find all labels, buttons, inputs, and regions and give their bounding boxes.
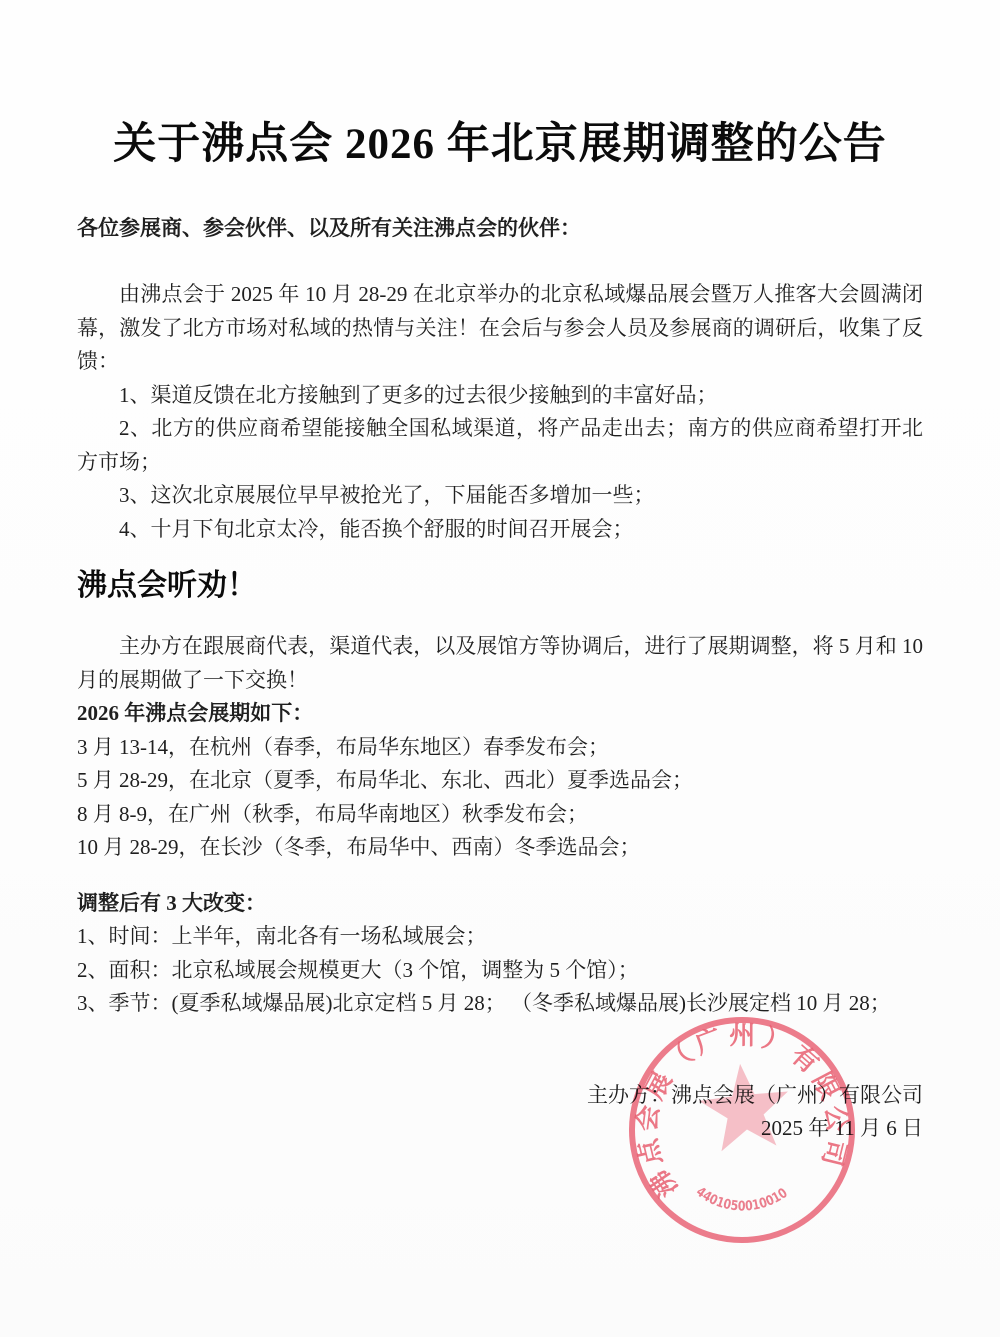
- signoff-block: 主办方：沸点会展（广州）有限公司 2025 年 11 月 6 日: [77, 1079, 923, 1146]
- intro-paragraph: 由沸点会于 2025 年 10 月 28-29 在北京举办的北京私域爆品展会暨万…: [77, 278, 923, 379]
- seal-serial-number: 4401050010010: [692, 1175, 792, 1220]
- changes-item: 1、时间：上半年，南北各有一场私域展会；: [77, 920, 923, 954]
- announcement-page: 关于沸点会 2026 年北京展期调整的公告 各位参展商、参会伙伴、以及所有关注沸…: [0, 0, 1000, 1337]
- schedule-heading: 2026 年沸点会展期如下：: [77, 697, 923, 731]
- feedback-item: 3、这次北京展展位早早被抢光了，下届能否多增加一些；: [77, 479, 923, 513]
- schedule-item: 5 月 28-29，在北京（夏季，布局华北、东北、西北）夏季选品会；: [77, 764, 923, 798]
- changes-list: 1、时间：上半年，南北各有一场私域展会； 2、面积：北京私域展会规模更大（3 个…: [77, 920, 923, 1021]
- schedule-item: 10 月 28-29，在长沙（冬季，布局华中、西南）冬季选品会；: [77, 831, 923, 865]
- changes-heading: 调整后有 3 大改变：: [77, 887, 923, 921]
- feedback-item: 1、渠道反馈在北方接触到了更多的过去很少接触到的丰富好品；: [77, 379, 923, 413]
- changes-item: 3、季节：(夏季私域爆品展)北京定档 5 月 28； （冬季私域爆品展)长沙展定…: [77, 987, 923, 1021]
- schedule-item: 8 月 8-9，在广州（秋季，布局华南地区）秋季发布会；: [77, 798, 923, 832]
- listen-heading: 沸点会听劝！: [77, 566, 923, 606]
- changes-item: 2、面积：北京私域展会规模更大（3 个馆，调整为 5 个馆）；: [77, 954, 923, 988]
- document-body: 关于沸点会 2026 年北京展期调整的公告 各位参展商、参会伙伴、以及所有关注沸…: [77, 0, 923, 1146]
- schedule-list: 3 月 13-14，在杭州（春季，布局华东地区）春季发布会； 5 月 28-29…: [77, 731, 923, 865]
- feedback-item: 4、十月下旬北京太冷，能否换个舒服的时间召开展会；: [77, 513, 923, 547]
- adjustment-paragraph: 主办方在跟展商代表，渠道代表，以及展馆方等协调后，进行了展期调整，将 5 月和 …: [77, 630, 923, 697]
- feedback-item: 2、北方的供应商希望能接触全国私域渠道，将产品走出去；南方的供应商希望打开北方市…: [77, 412, 923, 479]
- date-line: 2025 年 11 月 6 日: [77, 1112, 923, 1146]
- salutation-line: 各位参展商、参会伙伴、以及所有关注沸点会的伙伴：: [77, 211, 923, 245]
- organizer-line: 主办方：沸点会展（广州）有限公司: [77, 1079, 923, 1113]
- schedule-item: 3 月 13-14，在杭州（春季，布局华东地区）春季发布会；: [77, 731, 923, 765]
- document-title: 关于沸点会 2026 年北京展期调整的公告: [77, 121, 923, 169]
- feedback-list: 1、渠道反馈在北方接触到了更多的过去很少接触到的丰富好品； 2、北方的供应商希望…: [77, 379, 923, 547]
